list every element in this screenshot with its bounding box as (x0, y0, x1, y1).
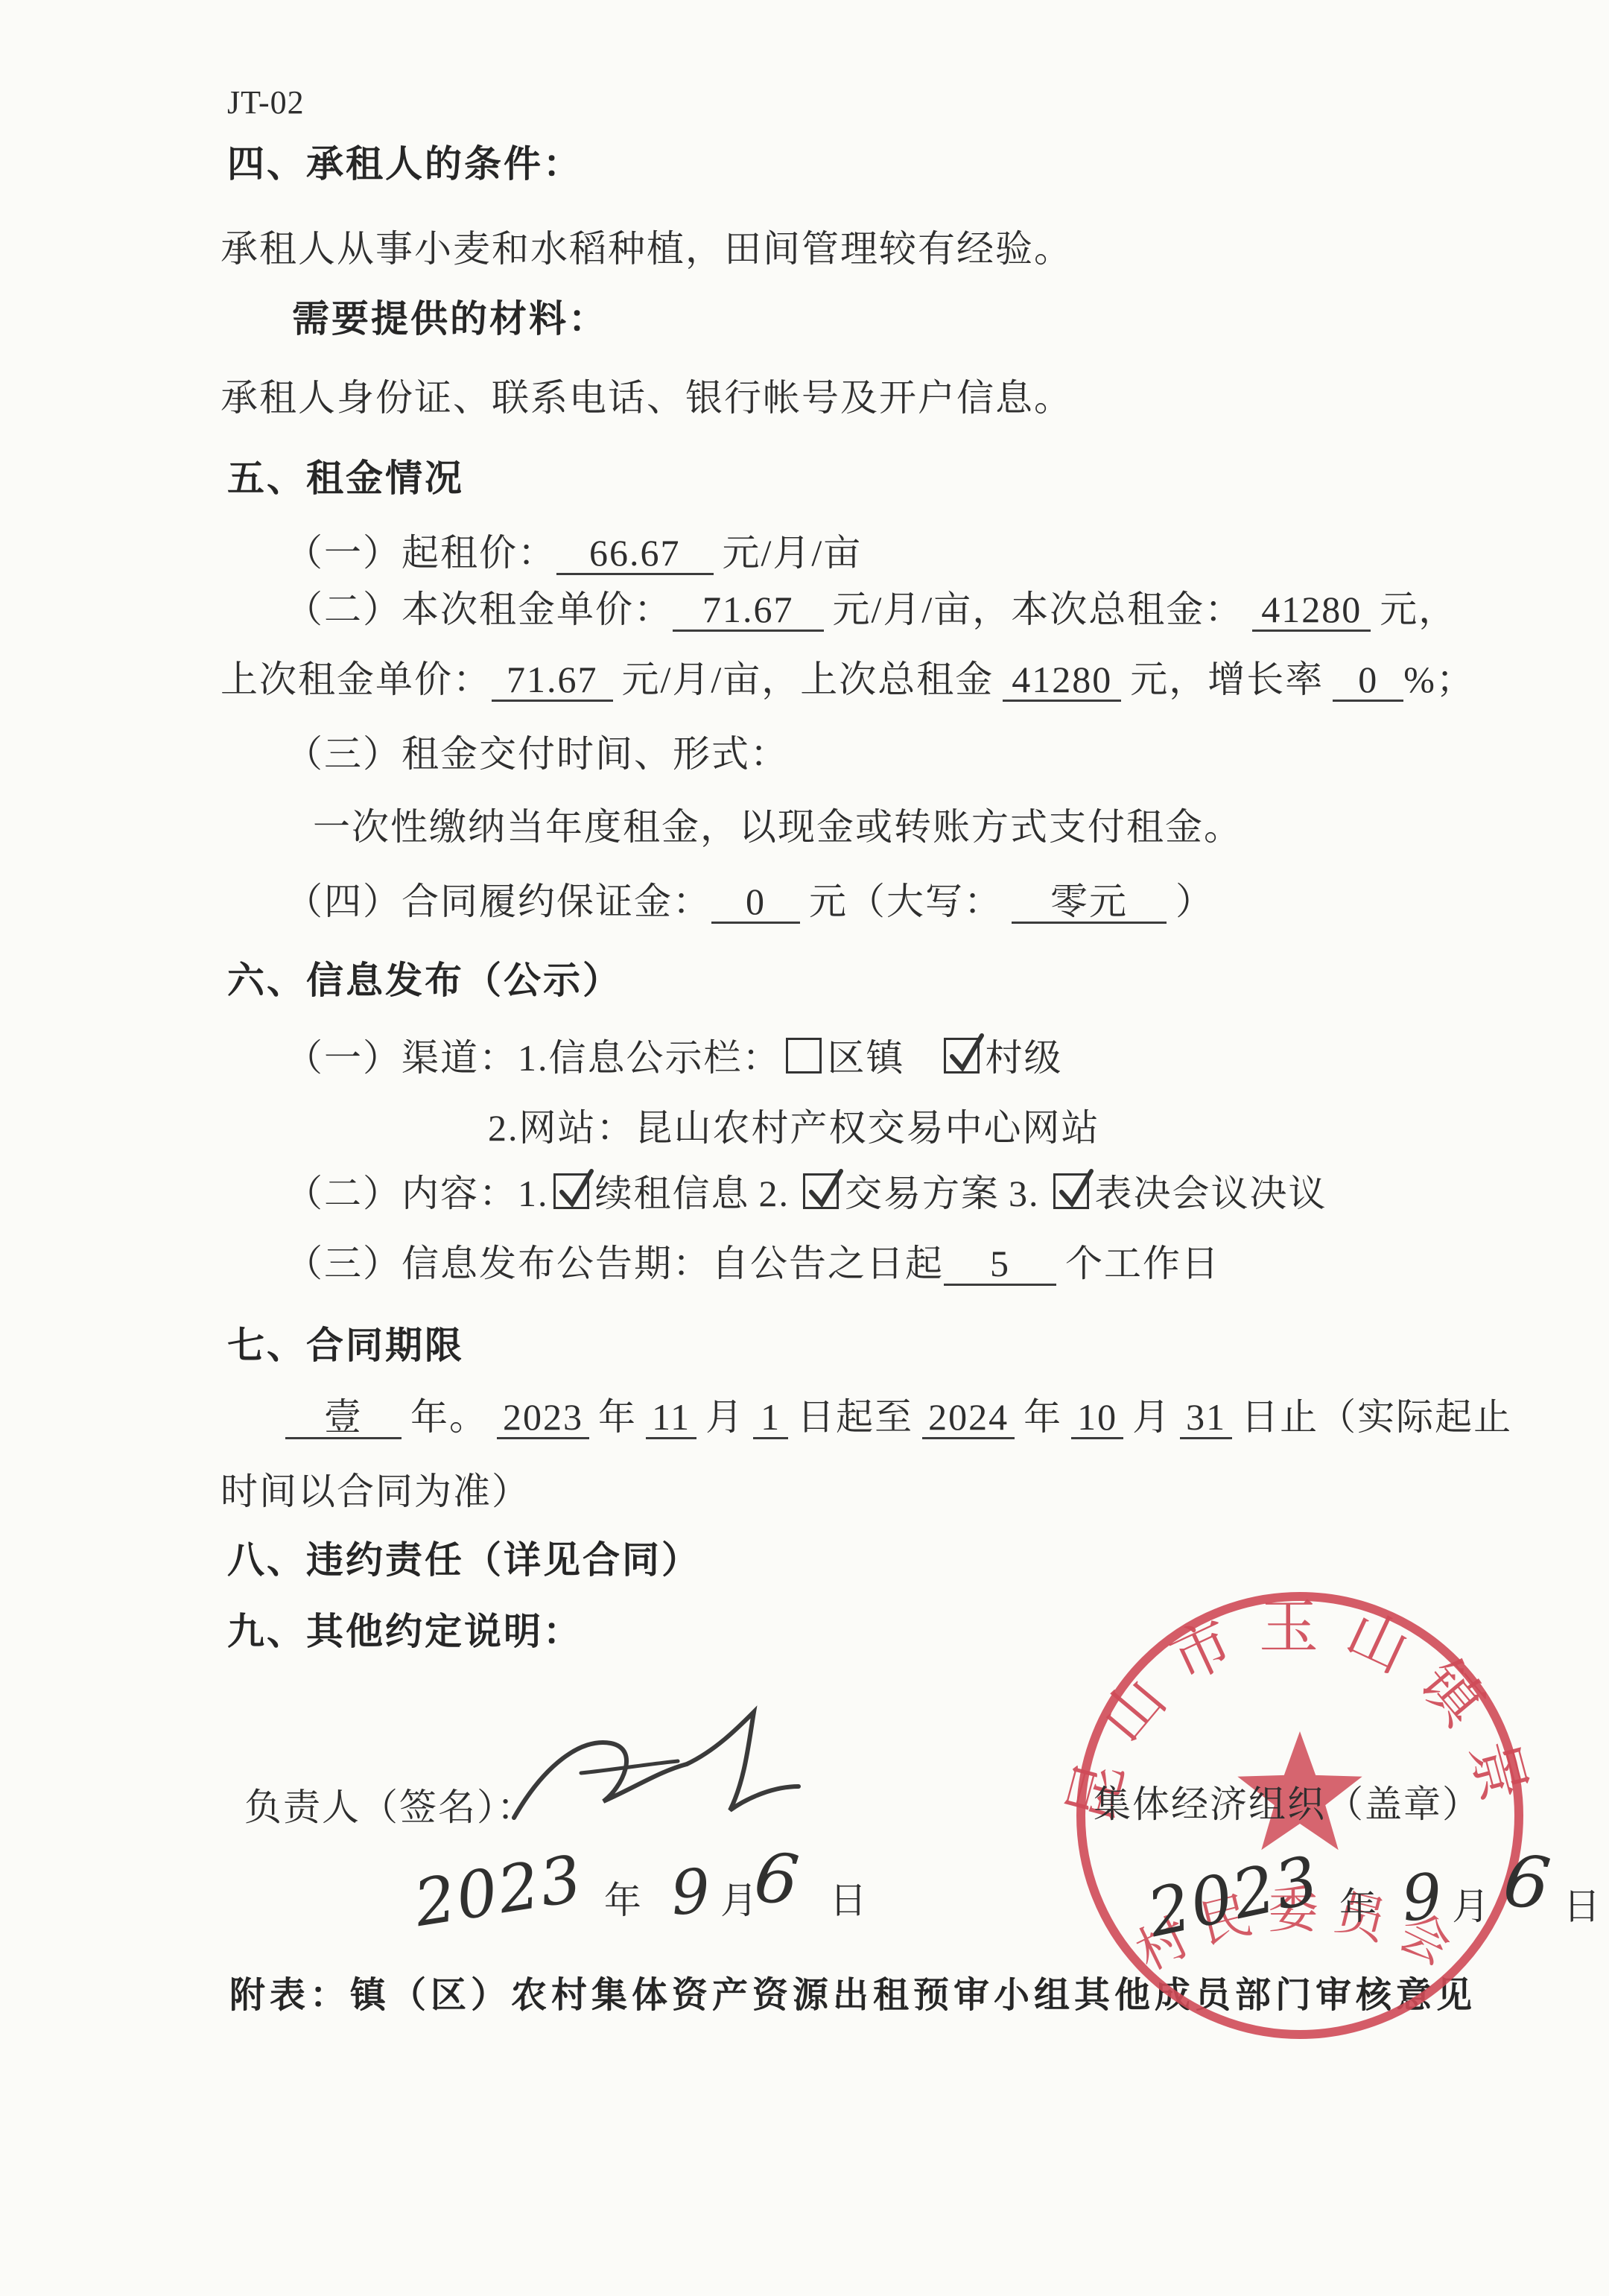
publish-website-line: 2.网站：昆山农村产权交易中心网站 (488, 1106, 1100, 1150)
stamp-date-month-handwritten: 9 (1399, 1859, 1447, 1937)
prev-total-value: 41280 (1003, 660, 1121, 702)
section7-title: 七、合同期限 (227, 1323, 464, 1368)
scanned-document-page: JT-02 四、承租人的条件： 承租人从事小麦和水稻种植，田间管理较有经验。 需… (0, 0, 1609, 2296)
section4-materials-body: 承租人身份证、联系电话、银行帐号及开户信息。 (220, 375, 1073, 420)
term-start-year: 2023 (497, 1398, 589, 1439)
period-value: 5 (944, 1244, 1056, 1286)
term-yue1: 月 (705, 1396, 744, 1438)
stamp-date-yue: 月 (1452, 1886, 1491, 1927)
prev-unit-price-value: 71.67 (492, 660, 613, 702)
term-end-year: 2024 (922, 1398, 1015, 1439)
content-sep-3: 3. (1009, 1173, 1040, 1214)
current-total-value: 41280 (1252, 590, 1371, 632)
growth-rate-value: 0 (1333, 660, 1403, 702)
contract-term-line: 壹年。2023年11月1日起至2024年10月31日止（实际起止 (285, 1395, 1521, 1439)
prev-rent-mid: 元/月/亩，上次总租金 (622, 659, 994, 700)
section4-materials-title: 需要提供的材料： (292, 296, 608, 341)
section6-title: 六、信息发布（公示） (227, 958, 622, 1003)
current-unit-price-label: （二）本次租金单价： (285, 589, 673, 630)
deposit-value: 0 (711, 882, 800, 924)
content-option-2: 交易方案 (845, 1173, 1000, 1214)
content-option-3: 表决会议决议 (1095, 1173, 1327, 1214)
section4-body: 承租人从事小麦和水稻种植，田间管理较有经验。 (220, 226, 1073, 271)
start-price-value: 66.67 (556, 533, 714, 575)
checkbox-checked-icon (944, 1038, 980, 1074)
stamp-date-line: 2023年9月6日 (1147, 1840, 1609, 1936)
checkbox-checked-icon (1053, 1173, 1089, 1209)
deposit-capital-value: 零元 (1012, 882, 1167, 924)
rent-payment-title: （三）租金交付时间、形式： (285, 732, 789, 776)
rent-payment-body: 一次性缴纳当年度租金，以现金或转账方式支付租金。 (313, 805, 1243, 849)
term-nian2: 年 (1024, 1396, 1062, 1438)
prev-rent-suffix: %； (1403, 659, 1475, 700)
prev-unit-price-label: 上次租金单价： (220, 659, 492, 700)
prev-rent-mid2: 元，增长率 (1130, 659, 1324, 700)
deposit-line: （四）合同履约保证金：0元（大写：零元） (285, 879, 1223, 924)
sign-date-line: 2023年9月6日 (414, 1839, 878, 1930)
current-unit-price-value: 71.67 (673, 590, 824, 632)
sign-date-day-handwritten: 6 (750, 1836, 804, 1923)
channel-label: （一）渠道：1.信息公示栏： (285, 1037, 781, 1079)
channel-option-town: 区镇 (828, 1037, 905, 1079)
channel-option-village: 村级 (986, 1037, 1063, 1079)
content-label: （二）内容：1. (285, 1173, 549, 1214)
deposit-label: （四）合同履约保证金： (285, 881, 711, 922)
checkbox-checked-icon (553, 1173, 589, 1209)
term-end-day: 31 (1180, 1398, 1232, 1439)
doc-code: JT-02 (227, 83, 305, 123)
period-label: （三）信息发布公告期：自公告之日起 (285, 1243, 944, 1284)
section8-title: 八、违约责任（详见合同） (227, 1538, 701, 1582)
rent-start-price-line: （一）起租价：66.67元/月/亩 (285, 530, 871, 575)
period-suffix: 个工作日 (1065, 1243, 1220, 1284)
checkbox-unchecked-icon (786, 1038, 822, 1074)
publish-channel-line: （一）渠道：1.信息公示栏：区镇村级 (285, 1036, 1063, 1080)
current-rent-suffix: 元， (1380, 589, 1457, 630)
stamp-caption: 集体经济组织（盖章） (1094, 1782, 1481, 1827)
publish-content-line: （二）内容：1.续租信息2.交易方案3.表决会议决议 (285, 1171, 1327, 1216)
term-start-day: 1 (753, 1398, 788, 1439)
deposit-mid: 元（大写： (809, 881, 1003, 922)
term-year-word: 年。 (410, 1396, 488, 1438)
sign-date-month-handwritten: 9 (669, 1855, 714, 1931)
term-tail: 日止（实际起止 (1241, 1396, 1512, 1438)
term-qizhi: 日起至 (797, 1396, 913, 1438)
previous-rent-line: 上次租金单价：71.67元/月/亩，上次总租金41280元，增长率0%； (220, 657, 1475, 702)
term-nian1: 年 (598, 1396, 637, 1438)
term-yue2: 月 (1132, 1396, 1171, 1438)
section9-title: 九、其他约定说明： (227, 1609, 583, 1654)
checkbox-checked-icon (803, 1173, 839, 1209)
contract-term-cont: 时间以合同为准） (220, 1469, 530, 1514)
sign-date-year-handwritten: 2023 (409, 1841, 588, 1943)
start-price-unit: 元/月/亩 (723, 532, 863, 574)
term-years-value: 壹 (285, 1398, 402, 1439)
term-start-month: 11 (646, 1398, 696, 1439)
current-rent-mid: 元/月/亩，本次总租金： (833, 589, 1244, 630)
sign-date-ri: 日 (830, 1880, 869, 1921)
sign-date-nian: 年 (604, 1880, 643, 1921)
publish-period-line: （三）信息发布公告期：自公告之日起5个工作日 (285, 1241, 1229, 1286)
current-rent-line: （二）本次租金单价：71.67元/月/亩，本次总租金：41280元， (285, 587, 1466, 632)
stamp-date-day-handwritten: 6 (1499, 1838, 1557, 1929)
section4-title: 四、承租人的条件： (227, 142, 583, 186)
section5-title: 五、租金情况 (227, 456, 464, 501)
start-price-label: （一）起租价： (285, 532, 556, 574)
stamp-date-nian: 年 (1339, 1886, 1378, 1927)
content-sep-2: 2. (759, 1173, 790, 1214)
deposit-suffix: ） (1175, 881, 1214, 922)
content-option-1: 续租信息 (595, 1173, 750, 1214)
term-end-month: 10 (1071, 1398, 1123, 1439)
stamp-date-ri: 日 (1563, 1886, 1602, 1927)
